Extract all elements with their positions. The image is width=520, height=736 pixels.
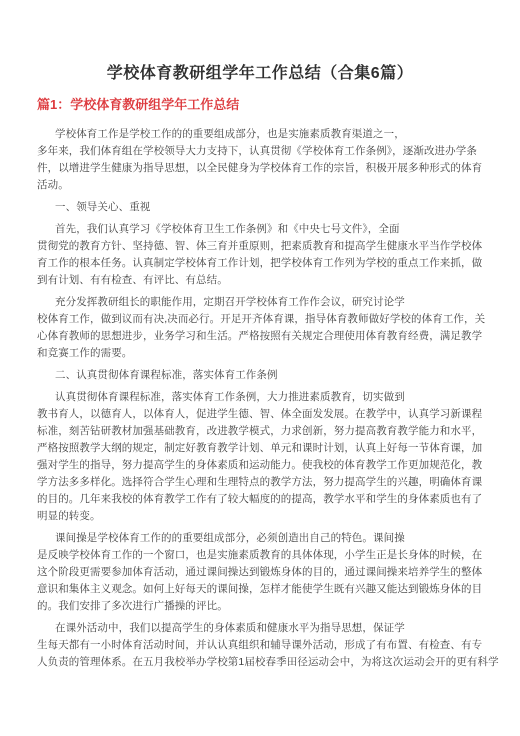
text-line: 多年来，我们体育组在学校领导大力支持下，认真贯彻《学校体育工作条例》，逐渐改进办… [37, 143, 483, 160]
text-line: 学校体育工作是学校工作的的重要组成部分，也是实施素质教育渠道之一， [37, 126, 483, 143]
text-line: 校体育工作，做到议而有决,决而必行。开足开齐体育课，指导体育教师做好学校的体育工… [37, 311, 483, 328]
numbered-section-heading: 一、领导关心、重视 [37, 199, 483, 216]
paragraph: 课间操是学校体育工作的的重要组成部分，必须创造出自己的特色。课间操是反映学校体育… [37, 530, 483, 615]
paragraph: 首先，我们认真学习《学校体育卫生工作条例》和《中央七号文件》，全面贯彻党的教育方… [37, 221, 483, 289]
page-title: 学校体育教研组学年工作总结（合集6篇） [37, 0, 483, 85]
text-line: 是反映学校体育工作的一个窗口，也是实施素质教育的具体体现，小学生正是长身体的时候… [37, 547, 483, 564]
text-line: 和竞赛工作的需要。 [37, 345, 483, 362]
text-line: 的。我们安排了多次进行广播操的评比。 [37, 598, 483, 615]
text-line: 标准，刻苦钻研教材加强基础教育，改进教学模式，力求创新，努力提高教育教学能力和水… [37, 423, 483, 440]
text-line: 在课外活动中，我们以提高学生的身体素质和健康水平为指导思想，保证学 [37, 620, 483, 637]
text-line: 认真贯彻体育课程标准，落实体育工作条例，大力推进素质教育，切实做到 [37, 389, 483, 406]
text-line: 一、领导关心、重视 [37, 199, 483, 216]
text-line: 强对学生的指导，努力提高学生的身体素质和运动能力。使我校的体育教学工作更加规范化… [37, 457, 483, 474]
text-line: 人负责的管理体系。在五月我校举办学校第1届校春季田径运动会中，为将这次运动会开的… [37, 654, 483, 671]
text-line: 到有计划、有有检查、有评比、有总结。 [37, 272, 483, 289]
text-line: 学方法多多样化。选择符合学生心理和生理特点的教学方法，努力提高学生的兴趣，明确体… [37, 474, 483, 491]
text-line: 严格按照教学大纲的规定，制定好教育教学计划、单元和课时计划，认真上好每一节体育课… [37, 440, 483, 457]
text-line: 活动。 [37, 177, 483, 194]
text-line: 课间操是学校体育工作的的重要组成部分，必须创造出自己的特色。课间操 [37, 530, 483, 547]
text-line: 件，以增进学生健康为指导思想，以全民健身为学校体育工作的宗旨，积极开展多种形式的… [37, 160, 483, 177]
text-line: 首先，我们认真学习《学校体育卫生工作条例》和《中央七号文件》，全面 [37, 221, 483, 238]
section-1-heading: 篇1：学校体育教研组学年工作总结 [37, 97, 483, 112]
paragraph: 认真贯彻体育课程标准，落实体育工作条例，大力推进素质教育，切实做到教书育人，以德… [37, 389, 483, 525]
text-line: 意识和集体主义观念。如何上好每天的课间操，怎样才能使学生既有兴趣又能达到锻炼身体… [37, 581, 483, 598]
document-body: 学校体育工作是学校工作的的重要组成部分，也是实施素质教育渠道之一，多年来，我们体… [37, 126, 483, 671]
document-page: 学校体育教研组学年工作总结（合集6篇） 篇1：学校体育教研组学年工作总结 学校体… [0, 0, 520, 736]
paragraph: 在课外活动中，我们以提高学生的身体素质和健康水平为指导思想，保证学生每天都有一小… [37, 620, 483, 671]
text-line: 这个阶段更需要参加体育活动，通过课间操达到锻炼身体的目的，通过课间操来培养学生的… [37, 564, 483, 581]
paragraph: 学校体育工作是学校工作的的重要组成部分，也是实施素质教育渠道之一，多年来，我们体… [37, 126, 483, 194]
text-line: 的目的。几年来我校的体育教学工作有了较大幅度的的提高，教学水平和学生的身体素质也… [37, 491, 483, 508]
text-line: 育工作的根本任务。认真制定学校体育工作计划，把学校体育工作列为学校的重点工作来抓… [37, 255, 483, 272]
paragraph: 充分发挥教研组长的职能作用，定期召开学校体育工作作会议，研究讨论学校体育工作，做… [37, 294, 483, 362]
text-line: 明显的转变。 [37, 508, 483, 525]
text-line: 生每天都有一小时体育活动时间，并认认真组织和辅导课外活动，形成了有布置、有检查、… [37, 637, 483, 654]
text-line: 贯彻党的教育方针、坚持德、智、体三育并重原则，把素质教育和提高学生健康水平当作学… [37, 238, 483, 255]
text-line: 心体育教师的思想进步，业务学习和生活。严格按照有关规定合理使用体育教育经费，满足… [37, 328, 483, 345]
text-line: 二、认真贯彻体育课程标准，落实体育工作条例 [37, 367, 483, 384]
numbered-section-heading: 二、认真贯彻体育课程标准，落实体育工作条例 [37, 367, 483, 384]
text-line: 充分发挥教研组长的职能作用，定期召开学校体育工作作会议，研究讨论学 [37, 294, 483, 311]
text-line: 教书育人，以德育人，以体育人，促进学生德、智、体全面发发展。在教学中，认真学习新… [37, 406, 483, 423]
